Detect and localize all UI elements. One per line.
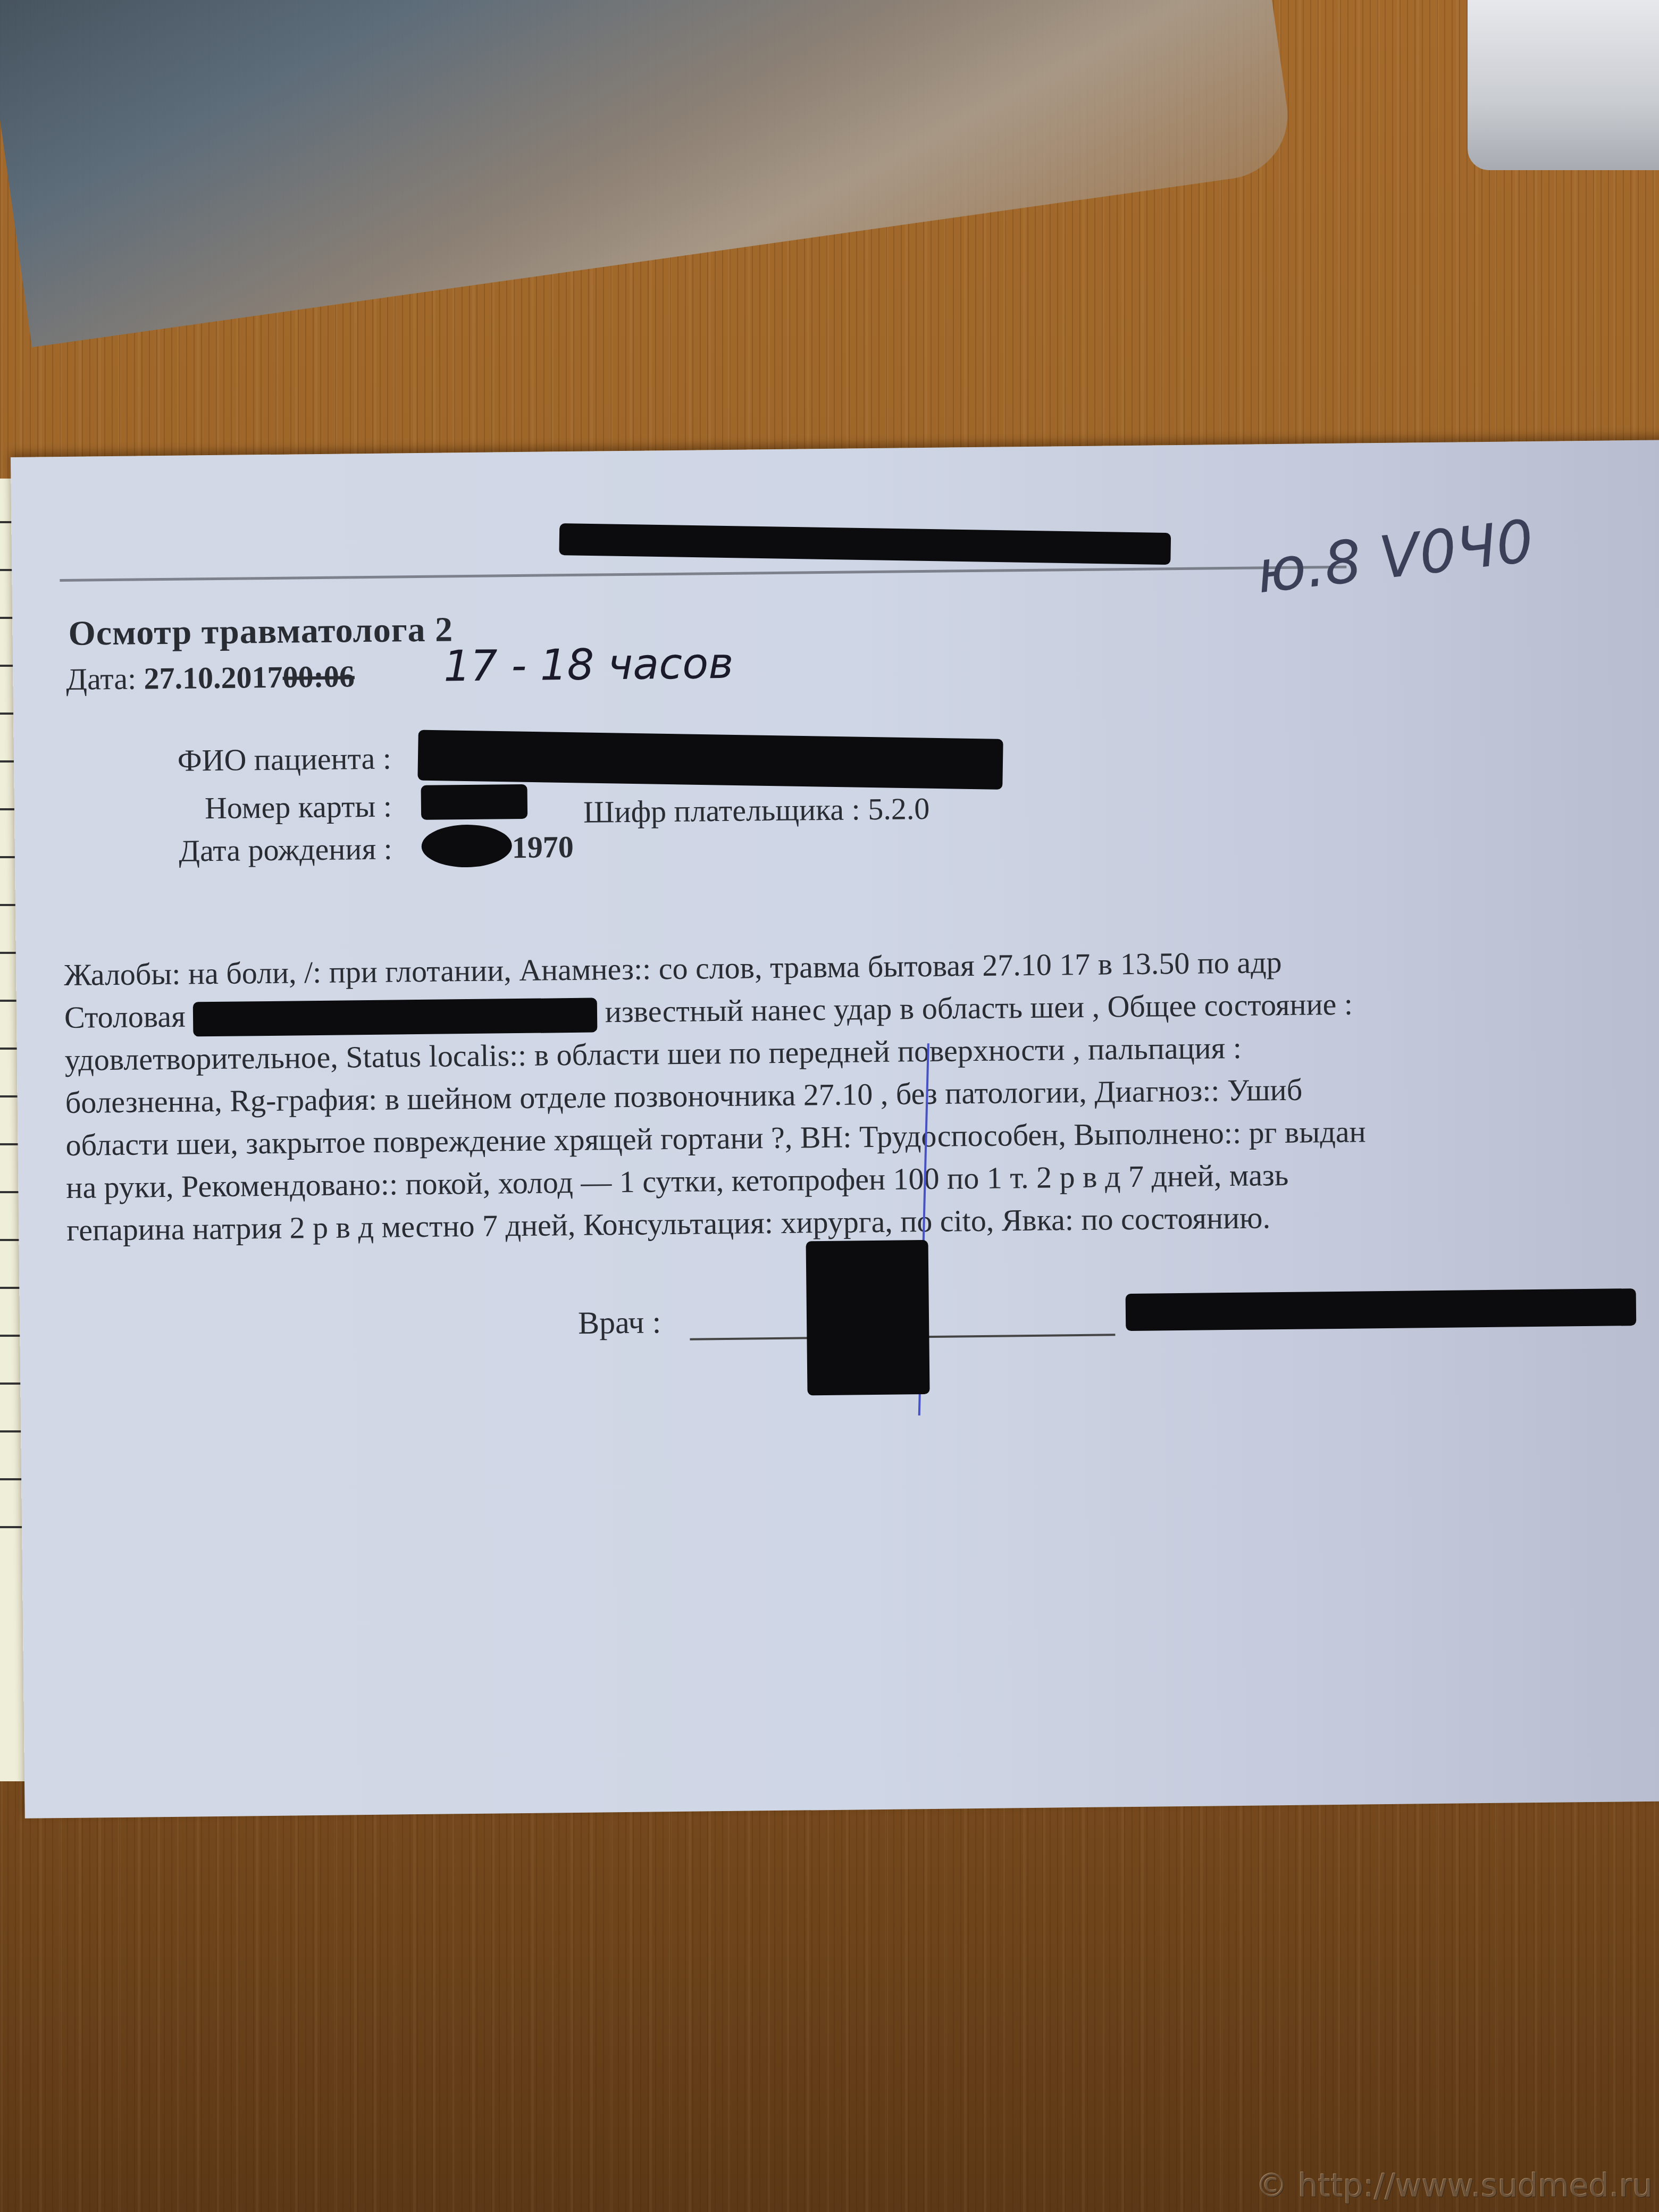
signature-redacted <box>806 1240 930 1395</box>
card-number-redacted <box>421 784 528 820</box>
medical-document: ю.8 V0Ч0 Осмотр травматолога 2 Дата: 27.… <box>11 440 1659 1819</box>
exam-notes: Жалобы: на боли, /: при глотании, Анамне… <box>64 938 1566 1251</box>
header-rule <box>60 566 1346 582</box>
patient-name-redacted <box>417 730 1003 790</box>
corner-object <box>1468 0 1659 170</box>
notes-line-2b: известный нанес удар в область шеи , Общ… <box>605 987 1353 1029</box>
date-label: Дата: <box>66 661 136 697</box>
handwritten-time: 17 - 18 часов <box>443 639 734 691</box>
redacted-header <box>559 523 1171 565</box>
struck-time: 00:06 <box>282 659 355 694</box>
address-redacted <box>193 998 598 1037</box>
handwritten-note: ю.8 V0Ч0 <box>1253 507 1537 606</box>
date-value: 27.10.2017 <box>144 660 283 696</box>
payer-code-label: Шифр плательщика : <box>583 792 860 829</box>
birth-date-label: Дата рождения : <box>62 831 392 870</box>
birth-date-redacted <box>421 824 512 868</box>
doctor-name-redacted <box>1126 1288 1637 1331</box>
birth-year: 1970 <box>512 829 574 865</box>
payer-code: Шифр плательщика : 5.2.0 <box>583 791 930 830</box>
card-number-label: Номер карты : <box>62 789 392 827</box>
payer-code-value: 5.2.0 <box>868 791 930 826</box>
watermark: © http://www.sudmed.ru <box>1256 2167 1653 2205</box>
doctor-label: Врач : <box>578 1304 661 1342</box>
exam-date: Дата: 27.10.201700:06 <box>66 658 355 697</box>
notes-line-2a: Столовая <box>64 999 186 1035</box>
patient-name-label: ФИО пациента : <box>62 741 392 780</box>
document-title: Осмотр травматолога 2 <box>68 609 453 654</box>
